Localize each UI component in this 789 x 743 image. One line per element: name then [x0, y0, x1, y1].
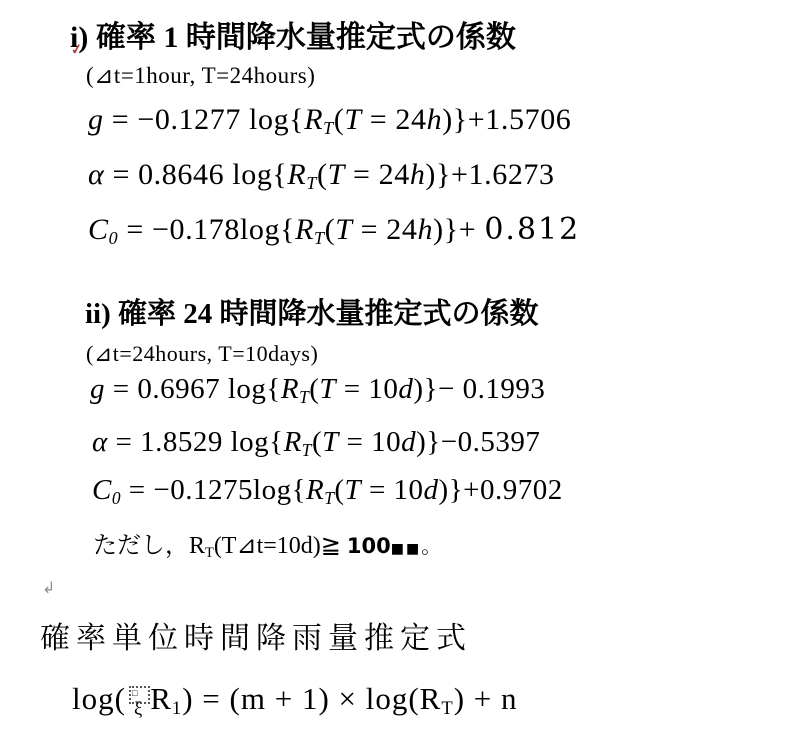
equation-g-1h: g = −0.1277 log{RT(T = 24h)}+1.5706 — [88, 102, 571, 137]
equation-alpha-1h: α = 0.8646 log{RT(T = 24h)}+1.6273 — [88, 157, 555, 192]
f-log-open: log( — [72, 681, 126, 716]
eq-lhs: α — [88, 158, 104, 191]
eq-lhs: g — [90, 373, 105, 405]
missing-glyph-icon: □ — [132, 689, 148, 697]
eq-inner-open: ( — [334, 103, 345, 136]
eq-inner-unit: h — [418, 213, 434, 246]
eq-tail: − 0.1993 — [438, 373, 545, 405]
document-page: { "page": { "background": "#ffffff", "te… — [0, 0, 789, 743]
eq-lhs: C — [92, 474, 112, 506]
eq-inner-open: ( — [312, 426, 322, 458]
eq-inner-var: T — [328, 158, 345, 191]
eq-inner-val: 10 — [368, 373, 398, 405]
f-R1-sub: 1 — [172, 698, 182, 719]
eq-lhs-sub: 0 — [109, 228, 119, 248]
eq-R-sub: T — [324, 488, 334, 508]
eq-inner-rel: = — [361, 474, 393, 506]
eq-inner-rel: = — [339, 426, 371, 458]
eq-inner-unit: d — [424, 474, 439, 506]
eq-inner-close: )} — [425, 158, 451, 191]
eq-pre: = −0.1275log{ — [121, 474, 306, 506]
eq-R: R — [306, 474, 324, 506]
note-value: 100 — [347, 534, 391, 558]
eq-inner-val: 10 — [371, 426, 401, 458]
f-tail: ) + n — [454, 681, 518, 716]
eq-R-sub: T — [302, 440, 312, 460]
f-R1: R — [150, 681, 172, 716]
eq-pre: = 1.8529 log{ — [108, 426, 284, 458]
eq-R-sub: T — [306, 173, 317, 193]
note-pre: ただし，R — [93, 533, 205, 559]
eq-inner-val: 24 — [379, 158, 410, 191]
eq-R: R — [284, 426, 302, 458]
f-xi-sub: ξ — [134, 699, 143, 720]
condition-note: ただし，RT(T⊿t=10d)≧ 100■■。 — [93, 525, 441, 560]
unit-time-formula: log(□ξR1) = (m + 1) × log(RT) + n — [72, 681, 518, 717]
eq-pre: = 0.8646 log{ — [104, 158, 287, 191]
eq-inner-unit: h — [410, 158, 426, 191]
eq-tail: + — [459, 213, 485, 246]
note-mid: (T⊿t=10d)≧ — [214, 533, 347, 559]
eq-tail-alt: 0.812 — [484, 212, 580, 247]
eq-lhs-sub: 0 — [112, 488, 121, 508]
eq-inner-open: ( — [309, 373, 319, 405]
eq-lhs: α — [92, 426, 108, 458]
eq-inner-var: T — [319, 373, 336, 405]
eq-inner-close: )} — [442, 103, 468, 136]
unit-time-heading: 確率単位時間降雨量推定式 — [40, 613, 472, 657]
eq-inner-rel: = — [336, 373, 368, 405]
spellcheck-mark-icon: ✓ — [70, 41, 84, 59]
eq-tail: +1.6273 — [451, 158, 555, 191]
f-RT-sub: T — [441, 698, 453, 719]
paragraph-return-icon: ↲ — [42, 578, 55, 597]
eq-inner-open: ( — [334, 474, 344, 506]
note-mm-squares: ■■ — [391, 541, 421, 557]
eq-R: R — [295, 213, 314, 246]
eq-inner-rel: = — [353, 213, 387, 246]
eq-pre: = 0.6967 log{ — [105, 373, 281, 405]
eq-tail: +1.5706 — [468, 103, 572, 136]
eq-R-sub: T — [299, 387, 309, 407]
equation-c0-24h: C0 = −0.1275log{RT(T = 10d)}+0.9702 — [92, 472, 563, 507]
note-period: 。 — [421, 536, 441, 558]
section2-params: (⊿t=24hours, T=10days) — [86, 341, 318, 367]
eq-tail: +0.9702 — [463, 474, 563, 506]
eq-inner-var: T — [345, 474, 362, 506]
eq-tail: −0.5397 — [441, 426, 541, 458]
eq-lhs: C — [88, 213, 109, 246]
eq-inner-val: 24 — [386, 213, 417, 246]
eq-inner-unit: d — [401, 426, 416, 458]
eq-inner-close: )} — [413, 373, 438, 405]
section1-heading: i) 確率 1 時間降水量推定式の係数 — [70, 12, 516, 56]
f-mid: ) = (m + 1) × log(R — [182, 681, 441, 716]
eq-R: R — [304, 103, 323, 136]
eq-inner-close: )} — [416, 426, 441, 458]
eq-inner-var: T — [344, 103, 361, 136]
equation-c0-1h: C0 = −0.178log{RT(T = 24h)}+ 0.812 — [88, 212, 580, 247]
eq-inner-rel: = — [362, 103, 396, 136]
eq-pre: = −0.1277 log{ — [104, 103, 305, 136]
eq-inner-close: )} — [433, 213, 459, 246]
eq-inner-unit: h — [427, 103, 443, 136]
eq-inner-val: 24 — [395, 103, 426, 136]
equation-alpha-24h: α = 1.8529 log{RT(T = 10d)}−0.5397 — [92, 424, 540, 459]
eq-R: R — [287, 158, 306, 191]
eq-inner-var: T — [335, 213, 352, 246]
eq-inner-open: ( — [325, 213, 336, 246]
eq-R-sub: T — [314, 228, 325, 248]
eq-lhs: g — [88, 103, 104, 136]
eq-inner-var: T — [322, 426, 339, 458]
eq-inner-rel: = — [345, 158, 379, 191]
section1-params: (⊿t=1hour, T=24hours) — [86, 63, 315, 89]
eq-inner-unit: d — [398, 373, 413, 405]
eq-pre: = −0.178log{ — [118, 213, 295, 246]
eq-R: R — [281, 373, 299, 405]
note-R-sub: T — [205, 545, 214, 561]
eq-inner-open: ( — [317, 158, 328, 191]
eq-R-sub: T — [323, 118, 334, 138]
eq-inner-close: )} — [439, 474, 464, 506]
eq-inner-val: 10 — [394, 474, 424, 506]
section2-heading: ii) 確率 24 時間降水量推定式の係数 — [85, 291, 539, 332]
equation-g-24h: g = 0.6967 log{RT(T = 10d)}− 0.1993 — [90, 371, 545, 406]
